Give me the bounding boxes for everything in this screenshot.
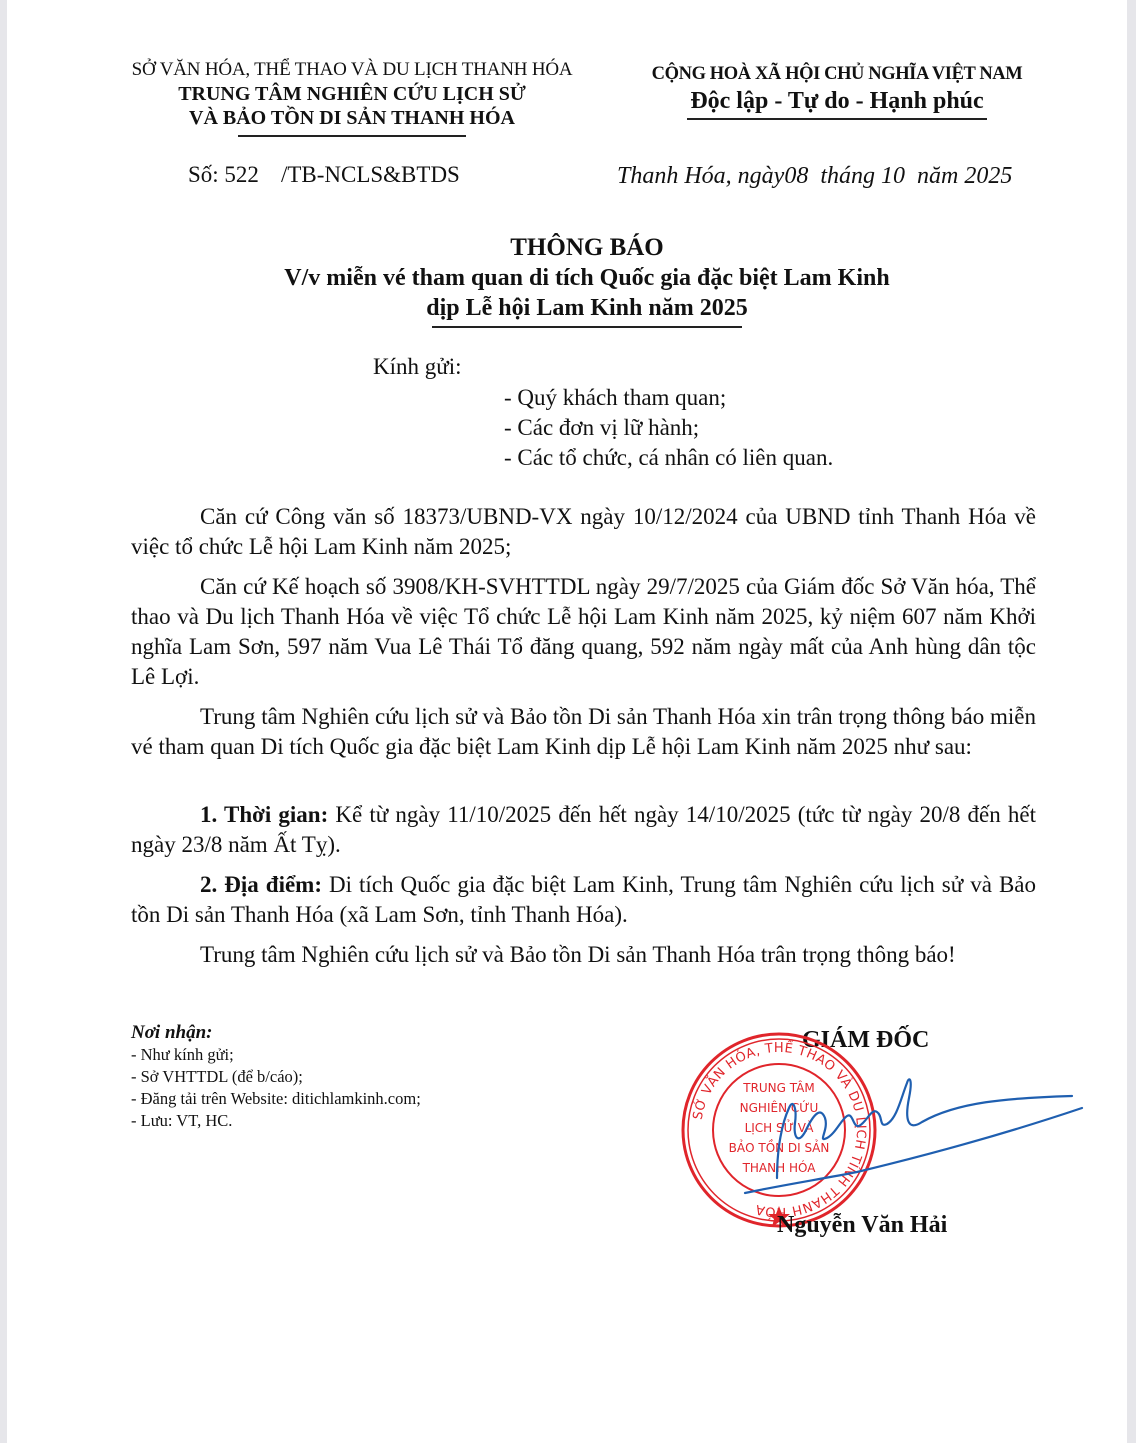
document-number-code: /TB-NCLS&BTDS bbox=[281, 162, 460, 187]
signer-name: Nguyễn Văn Hải bbox=[777, 1212, 947, 1239]
parent-agency: SỞ VĂN HÓA, THỂ THAO VÀ DU LỊCH THANH HÓ… bbox=[107, 58, 597, 82]
recipient-item: - Sở VHTTDL (để b/cáo); bbox=[131, 1066, 421, 1088]
location-item: 2. Địa điểm: Di tích Quốc gia đặc biệt L… bbox=[131, 870, 1036, 930]
paragraph-text: Căn cứ Công văn số 18373/UBND-VX ngày 10… bbox=[131, 504, 1036, 559]
place-and-date: Thanh Hóa, ngày08 tháng 10 năm 2025 bbox=[617, 163, 1012, 190]
addressee-list: - Quý khách tham quan; - Các đơn vị lữ h… bbox=[504, 383, 833, 473]
document-type: THÔNG BÁO bbox=[207, 233, 967, 263]
motto-underline bbox=[687, 118, 987, 120]
addressee-item: - Các đơn vị lữ hành; bbox=[504, 413, 833, 443]
agency-underline bbox=[238, 135, 466, 137]
issuing-agency-header: SỞ VĂN HÓA, THỂ THAO VÀ DU LỊCH THANH HÓ… bbox=[107, 58, 597, 137]
location-label: 2. Địa điểm: bbox=[200, 872, 322, 897]
announcement-paragraph: Trung tâm Nghiên cứu lịch sử và Bảo tồn … bbox=[131, 702, 1036, 762]
agency-name-line2: VÀ BẢO TỒN DI SẢN THANH HÓA bbox=[107, 106, 597, 130]
document-page: SỞ VĂN HÓA, THỂ THAO VÀ DU LỊCH THANH HÓ… bbox=[7, 0, 1127, 1443]
document-title: THÔNG BÁO V/v miễn vé tham quan di tích … bbox=[207, 233, 967, 328]
subject-line-2: dịp Lễ hội Lam Kinh năm 2025 bbox=[207, 293, 967, 323]
addressee-item: - Các tổ chức, cá nhân có liên quan. bbox=[504, 443, 833, 473]
nation-name: CỘNG HOÀ XÃ HỘI CHỦ NGHĨA VIỆT NAM bbox=[627, 62, 1047, 86]
recipient-item: - Đăng tải trên Website: ditichlamkinh.c… bbox=[131, 1088, 421, 1110]
addressee-label: Kính gửi: bbox=[373, 354, 462, 380]
handwritten-signature-icon bbox=[737, 1068, 1097, 1208]
time-label: 1. Thời gian: bbox=[200, 802, 328, 827]
subject-line-1: V/v miễn vé tham quan di tích Quốc gia đ… bbox=[207, 263, 967, 293]
recipients-block: Nơi nhận: - Như kính gửi; - Sở VHTTDL (đ… bbox=[131, 1022, 421, 1132]
recipient-item: - Như kính gửi; bbox=[131, 1044, 421, 1066]
recipient-item: - Lưu: VT, HC. bbox=[131, 1110, 421, 1132]
national-header: CỘNG HOÀ XÃ HỘI CHỦ NGHĨA VIỆT NAM Độc l… bbox=[627, 62, 1047, 120]
title-underline bbox=[432, 326, 742, 328]
recipients-heading: Nơi nhận: bbox=[131, 1022, 421, 1044]
agency-name-line1: TRUNG TÂM NGHIÊN CỨU LỊCH SỬ bbox=[107, 82, 597, 106]
document-number-value: Số: 522 bbox=[188, 162, 259, 187]
national-motto: Độc lập - Tự do - Hạnh phúc bbox=[627, 86, 1047, 116]
legal-basis-paragraph-1: Căn cứ Công văn số 18373/UBND-VX ngày 10… bbox=[131, 502, 1036, 562]
paragraph-text: Căn cứ Kế hoạch số 3908/KH-SVHTTDL ngày … bbox=[131, 574, 1036, 689]
legal-basis-paragraph-2: Căn cứ Kế hoạch số 3908/KH-SVHTTDL ngày … bbox=[131, 572, 1036, 692]
addressee-item: - Quý khách tham quan; bbox=[504, 383, 833, 413]
paragraph-text: Trung tâm Nghiên cứu lịch sử và Bảo tồn … bbox=[131, 704, 1036, 759]
time-item: 1. Thời gian: Kể từ ngày 11/10/2025 đến … bbox=[131, 800, 1036, 860]
closing-paragraph: Trung tâm Nghiên cứu lịch sử và Bảo tồn … bbox=[131, 940, 1036, 970]
paragraph-text: Trung tâm Nghiên cứu lịch sử và Bảo tồn … bbox=[200, 942, 956, 967]
document-number: Số: 522/TB-NCLS&BTDS bbox=[188, 162, 460, 188]
